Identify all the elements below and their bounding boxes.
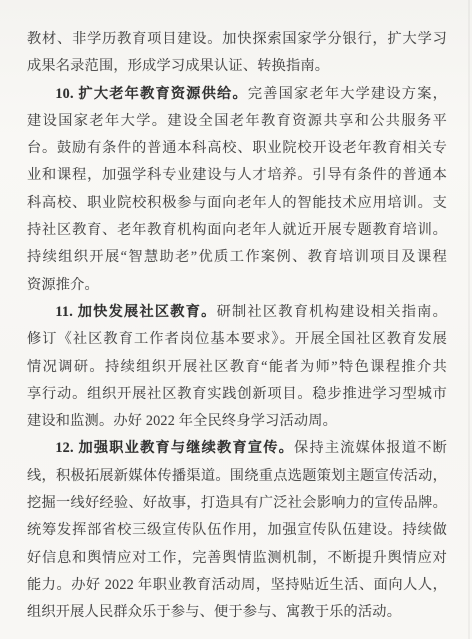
text-line: 台。鼓励有条件的普通本科高校、职业院校开设老年教育相关专	[27, 135, 447, 162]
text-line: 教材、非学历教育项目建设。加快探索国家学分银行，扩大学习	[27, 26, 447, 53]
text-line: 统筹发挥部省校三级宣传队伍作用，加强宣传队伍建设。持续做	[27, 517, 447, 544]
text-line: 建设国家老年大学。建设全国老年教育资源共享和公共服务平	[27, 108, 447, 135]
text-line: 资源推介。	[27, 272, 447, 299]
document-body: 教材、非学历教育项目建设。加快探索国家学分银行，扩大学习成果名录范围，形成学习成…	[27, 26, 447, 627]
numbered-item-line: 12. 加强职业教育与继续教育宣传。保持主流媒体报道不断	[27, 435, 447, 462]
text-line: 组织开展人民群众乐于参与、便于参与、寓教于乐的活动。	[27, 599, 447, 626]
text-line: 成果名录范围，形成学习成果认证、转换指南。	[27, 53, 447, 80]
numbered-item-line: 10. 扩大老年教育资源供给。完善国家老年大学建设方案，	[27, 81, 447, 108]
item-heading: 10. 扩大老年教育资源供给。	[55, 86, 247, 102]
document-page: 教材、非学历教育项目建设。加快探索国家学分银行，扩大学习成果名录范围，形成学习成…	[0, 0, 472, 639]
text-line: 情况调研。持续组织开展社区教育“能者为师”特色课程推介共	[27, 354, 447, 381]
item-heading: 11. 加快发展社区教育。	[55, 304, 216, 320]
text-line: 持社区教育、老年教育机构面向老年人就近开展专题教育培训。	[27, 217, 447, 244]
text-line: 修订《社区教育工作者岗位基本要求》。开展全国社区教育发展	[27, 326, 447, 353]
text-line: 业和课程，加强学科专业建设与人才培养。引导有条件的普通本	[27, 162, 447, 189]
text-line: 持续组织开展“智慧助老”优质工作案例、教育培训项目及课程	[27, 244, 447, 271]
text-line: 科高校、职业院校积极参与面向老年人的智能技术应用培训。支	[27, 190, 447, 217]
numbered-item-line: 11. 加快发展社区教育。研制社区教育机构建设相关指南。	[27, 299, 447, 326]
item-heading: 12. 加强职业教育与继续教育宣传。	[55, 440, 294, 456]
text-line: 好信息和舆情应对工作，完善舆情监测机制，不断提升舆情应对	[27, 545, 447, 572]
text-line: 能力。办好 2022 年职业教育活动周，坚持贴近生活、面向人人，	[27, 572, 447, 599]
text-line: 挖掘一线好经验、好故事，打造具有广泛社会影响力的宣传品牌。	[27, 490, 447, 517]
text-line: 建设和监测。办好 2022 年全民终身学习活动周。	[27, 408, 447, 435]
text-line: 享行动。组织开展社区教育实践创新项目。稳步推进学习型城市	[27, 381, 447, 408]
text-line: 线，积极拓展新媒体传播渠道。围绕重点选题策划主题宣传活动，	[27, 463, 447, 490]
